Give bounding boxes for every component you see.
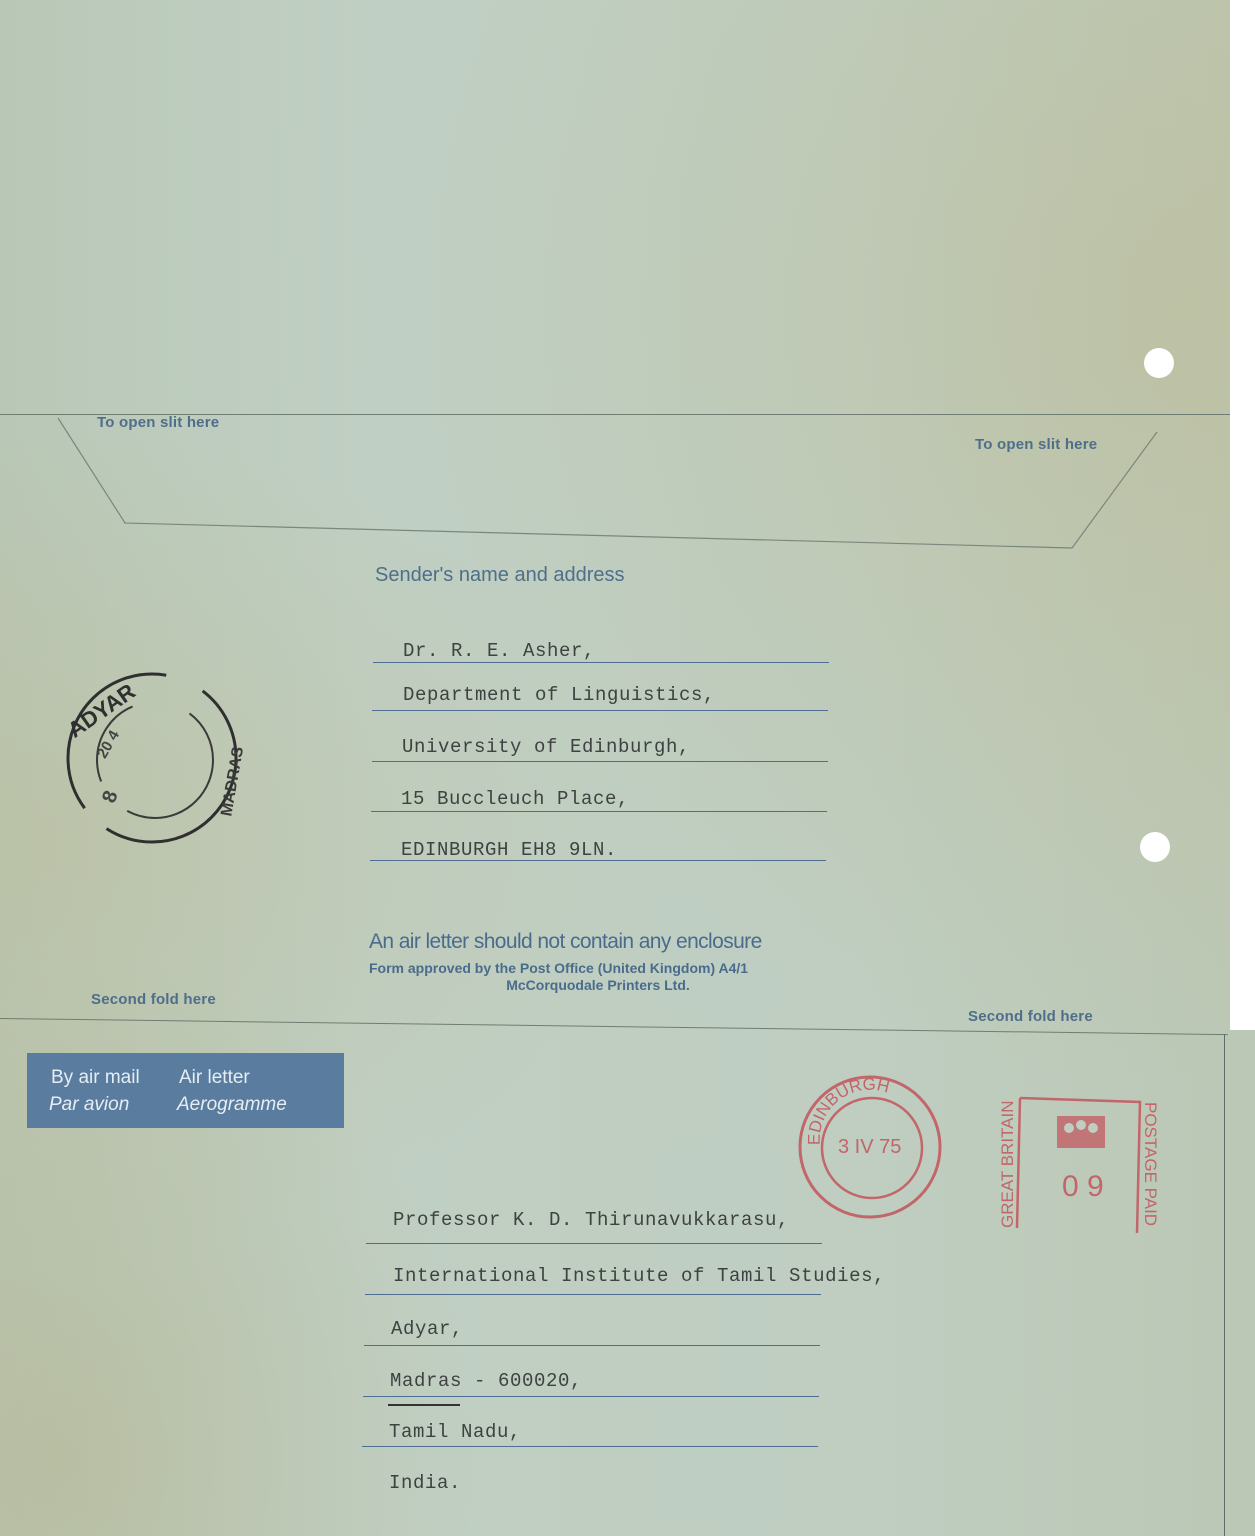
address-rule: [373, 662, 829, 663]
postage-meter-stamp: 0 9 GREAT BRITAIN POSTAGE PAID: [995, 1088, 1165, 1238]
approval-line: Form approved by the Post Office (United…: [369, 960, 827, 977]
airletter-fr: Aerogramme: [177, 1094, 287, 1116]
svg-text:0 9: 0 9: [1062, 1170, 1104, 1203]
svg-text:EDINBURGH: EDINBURGH: [805, 1075, 892, 1145]
sender-line: 15 Buccleuch Place,: [401, 788, 629, 810]
second-fold-label-right: Second fold here: [968, 1008, 1093, 1025]
recipient-line: Madras - 600020,: [390, 1370, 582, 1392]
address-rule: [365, 1294, 821, 1295]
airmail-en: By air mail: [51, 1067, 140, 1089]
slit-flap-outline: [0, 0, 1255, 560]
sender-heading: Sender's name and address: [375, 564, 625, 587]
address-rule: [370, 860, 826, 861]
handwritten-underline: [388, 1404, 460, 1406]
edinburgh-postmark: EDINBURGH 3 IV 75: [790, 1075, 950, 1225]
recipient-line: International Institute of Tamil Studies…: [393, 1265, 885, 1287]
address-rule: [362, 1446, 818, 1447]
airmail-fr: Par avion: [49, 1094, 129, 1116]
open-slit-label-right: To open slit here: [975, 436, 1097, 453]
address-rule: [372, 761, 828, 762]
airmail-label: By air mail Par avion Air letter Aerogra…: [27, 1053, 344, 1128]
sender-line: EDINBURGH EH8 9LN.: [401, 839, 617, 861]
right-edge-line: [1224, 1034, 1225, 1536]
airletter-en: Air letter: [179, 1067, 250, 1089]
svg-text:ADYAR: ADYAR: [63, 678, 140, 742]
address-rule: [366, 1243, 822, 1244]
open-slit-label-left: To open slit here: [97, 414, 219, 431]
enclosure-warning: An air letter should not contain any enc…: [369, 930, 762, 954]
sender-line: Dr. R. E. Asher,: [403, 640, 595, 662]
address-rule: [363, 1396, 819, 1397]
recipient-line: India.: [389, 1472, 461, 1494]
svg-text:8: 8: [98, 788, 122, 806]
address-rule: [364, 1345, 820, 1346]
recipient-line: Tamil Nadu,: [389, 1421, 521, 1443]
svg-text:20 4: 20 4: [94, 727, 124, 761]
svg-text:MADRAS: MADRAS: [218, 745, 245, 817]
recipient-line: Adyar,: [391, 1318, 463, 1340]
approval-block: Form approved by the Post Office (United…: [369, 960, 827, 994]
svg-text:POSTAGE PAID: POSTAGE PAID: [1141, 1102, 1160, 1226]
address-rule: [371, 811, 827, 812]
adyar-postmark: ADYAR MADRAS 20 4 8: [55, 662, 245, 862]
sender-line: University of Edinburgh,: [402, 736, 690, 758]
sender-line: Department of Linguistics,: [403, 684, 715, 706]
printer-line: McCorquodale Printers Ltd.: [369, 977, 827, 994]
punch-hole-bottom: [1140, 832, 1170, 862]
svg-text:GREAT BRITAIN: GREAT BRITAIN: [998, 1100, 1017, 1228]
svg-text:3 IV 75: 3 IV 75: [838, 1136, 901, 1158]
address-rule: [372, 710, 828, 711]
second-fold-label-left: Second fold here: [91, 991, 216, 1008]
recipient-line: Professor K. D. Thirunavukkarasu,: [393, 1209, 789, 1231]
